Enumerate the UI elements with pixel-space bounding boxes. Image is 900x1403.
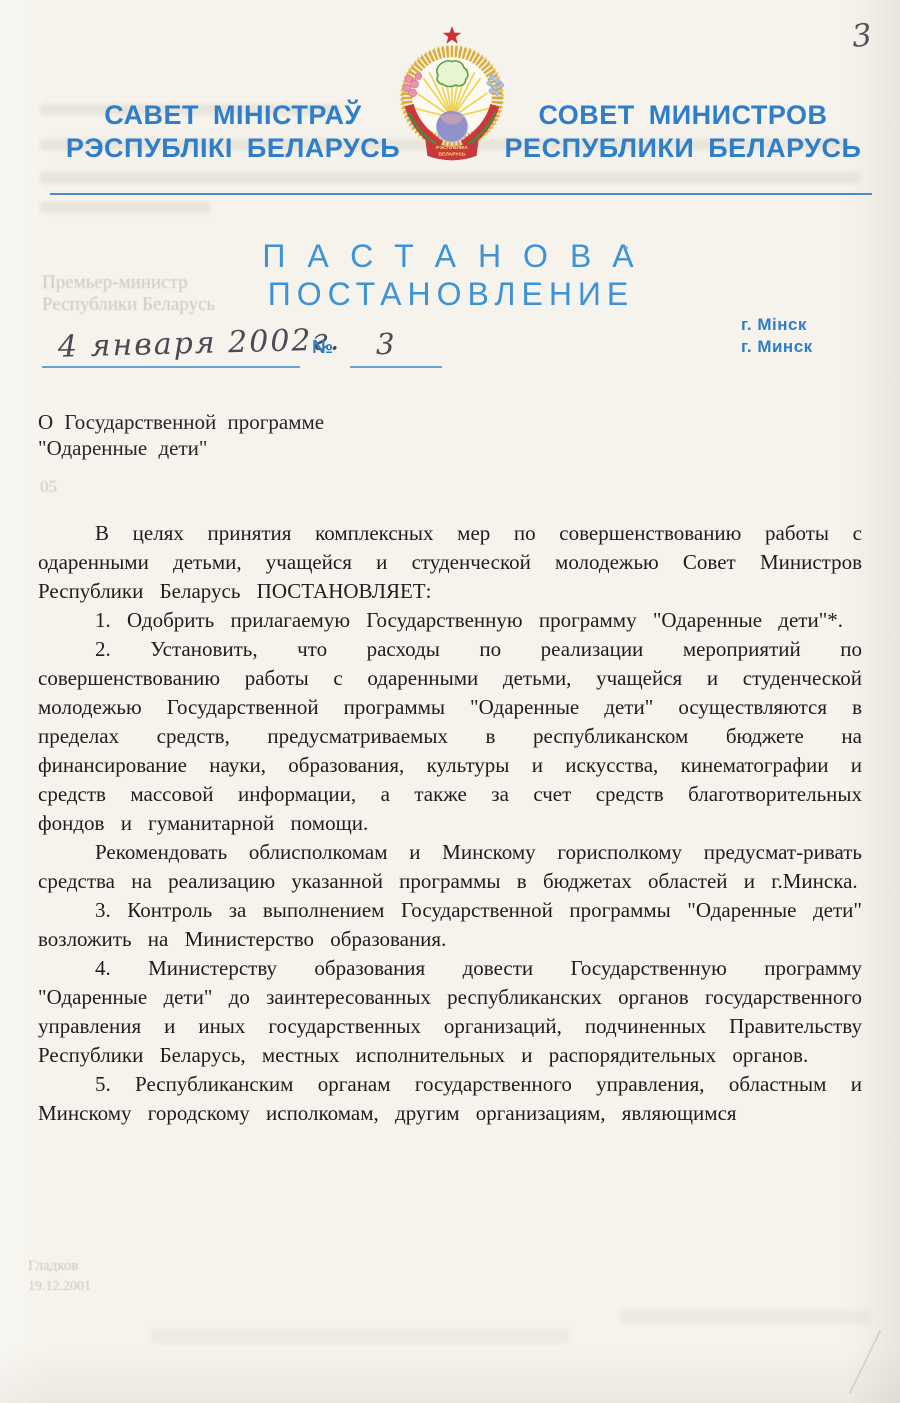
handwritten-decree-number: 3 bbox=[376, 327, 394, 361]
issuer-name-ru-line2: РЕСПУБЛИКИ БЕЛАРУСЬ bbox=[488, 132, 878, 165]
belarus-map bbox=[437, 61, 468, 87]
ribbon-banner: РЭСПУБЛІКА БЕЛАРУСЬ bbox=[425, 140, 478, 160]
paragraph-item-3: 3. Контроль за выполнением Государственн… bbox=[38, 896, 862, 954]
paragraph-item-1: 1. Одобрить прилагаемую Государственную … bbox=[38, 606, 862, 635]
emblem-motto-line2: БЕЛАРУСЬ bbox=[438, 151, 466, 157]
scanned-decree-page: { "colors": { "header_blue": "#2e7ec9", … bbox=[0, 0, 900, 1403]
issuer-name-belarusian: САВЕТ МІНІСТРАЎ РЭСПУБЛІКІ БЕЛАРУСЬ bbox=[40, 99, 426, 165]
bleedthrough-footer: 19.12.2001 bbox=[28, 1279, 91, 1295]
subject-line1: О Государственной программе bbox=[38, 409, 324, 435]
place-line-belarusian: г. Мінск bbox=[741, 314, 813, 336]
bleedthrough-number: 05 bbox=[40, 477, 57, 497]
handwritten-page-number: 3 bbox=[850, 17, 873, 55]
paragraph-item-4: 4. Министерству образования довести Госу… bbox=[38, 954, 862, 1070]
emblem-motto-line1: РЭСПУБЛІКА bbox=[436, 145, 468, 151]
bleedthrough-line bbox=[40, 202, 210, 213]
decree-subject: О Государственной программе "Одаренные д… bbox=[38, 409, 324, 461]
paragraph-item-2: 2. Установить, что расходы по реализации… bbox=[38, 635, 862, 838]
paragraph-preamble: В целях принятия комплексных мер по сове… bbox=[38, 519, 862, 606]
red-star-icon bbox=[443, 26, 461, 44]
paragraph-item-2-continued: Рекомендовать облисполкомам и Минскому г… bbox=[38, 838, 862, 896]
page-corner-crease bbox=[849, 1330, 881, 1394]
number-sign: № bbox=[312, 337, 333, 359]
date-underline bbox=[42, 366, 300, 368]
print-speck bbox=[624, 246, 628, 250]
bleedthrough-smudge bbox=[620, 1310, 870, 1324]
globe bbox=[436, 111, 467, 142]
place-of-issue: г. Мінск г. Минск bbox=[741, 314, 813, 358]
issuer-name-ru-line1: СОВЕТ МИНИСТРОВ bbox=[488, 99, 878, 132]
decree-body: В целях принятия комплексных мер по сове… bbox=[38, 519, 862, 1128]
doc-type-belarusian: ПАСТАНОВА bbox=[0, 238, 896, 275]
subject-line2: "Одаренные дети" bbox=[38, 435, 324, 461]
bleedthrough-line bbox=[40, 172, 860, 184]
issuer-name-russian: СОВЕТ МИНИСТРОВ РЕСПУБЛИКИ БЕЛАРУСЬ bbox=[488, 99, 878, 165]
header-divider-rule bbox=[50, 193, 872, 195]
issuer-name-by-line2: РЭСПУБЛІКІ БЕЛАРУСЬ bbox=[40, 132, 426, 165]
doc-type-russian: ПОСТАНОВЛЕНИЕ bbox=[0, 276, 896, 313]
number-underline bbox=[350, 366, 442, 368]
bleedthrough-smudge bbox=[150, 1330, 570, 1344]
place-line-russian: г. Минск bbox=[741, 336, 813, 358]
bleedthrough-footer: Гладков bbox=[28, 1258, 78, 1275]
document-type-title: ПАСТАНОВА ПОСТАНОВЛЕНИЕ bbox=[0, 238, 896, 313]
issuer-name-by-line1: САВЕТ МІНІСТРАЎ bbox=[40, 99, 426, 132]
paragraph-item-5: 5. Республиканским органам государственн… bbox=[38, 1070, 862, 1128]
handwritten-date: 4 января 2002г. bbox=[58, 322, 342, 364]
